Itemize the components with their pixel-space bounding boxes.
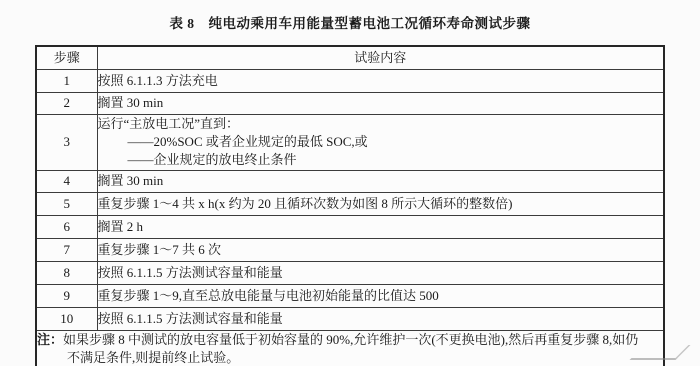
table-row: 4 搁置 30 min bbox=[36, 170, 664, 192]
table-row: 5 重复步骤 1～4 共 x h(x 约为 20 且循环次数为如图 8 所示大循… bbox=[36, 192, 664, 215]
step-number: 7 bbox=[36, 238, 97, 261]
step-content: 搁置 30 min bbox=[97, 92, 664, 114]
step-number: 5 bbox=[36, 192, 97, 215]
table-row: 10 按照 6.1.1.5 方法测试容量和能量 bbox=[36, 307, 664, 330]
step-number: 8 bbox=[36, 261, 97, 284]
content-line: 搁置 30 min bbox=[98, 94, 664, 112]
content-line: 按照 6.1.1.5 方法测试容量和能量 bbox=[98, 310, 664, 328]
note-text: 如果步骤 8 中测试的放电容量低于初始容量的 90%,允许维护一次(不更换电池)… bbox=[63, 332, 638, 347]
table-title: 表 8 纯电动乘用车用能量型蓄电池工况循环寿命测试步骤 bbox=[0, 0, 700, 32]
note-cell: 注：如果步骤 8 中测试的放电容量低于初始容量的 90%,允许维护一次(不更换电… bbox=[36, 330, 664, 366]
note-line: 不满足条件,则提前终止试验。 bbox=[37, 349, 663, 366]
step-content: 重复步骤 1～7 共 6 次 bbox=[97, 238, 664, 261]
content-line: 搁置 2 h bbox=[98, 218, 664, 236]
content-line: 按照 6.1.1.3 方法充电 bbox=[98, 72, 664, 90]
step-content: 搁置 2 h bbox=[97, 215, 664, 238]
step-content: 重复步骤 1～4 共 x h(x 约为 20 且循环次数为如图 8 所示大循环的… bbox=[97, 192, 664, 215]
note-line: 注：如果步骤 8 中测试的放电容量低于初始容量的 90%,允许维护一次(不更换电… bbox=[37, 331, 663, 349]
content-line: 重复步骤 1～4 共 x h(x 约为 20 且循环次数为如图 8 所示大循环的… bbox=[98, 195, 664, 213]
step-number: 6 bbox=[36, 215, 97, 238]
column-header-step: 步骤 bbox=[36, 46, 97, 69]
step-content: 运行“主放电工况”直到： ——20%SOC 或者企业规定的最低 SOC,或 ——… bbox=[97, 114, 664, 170]
step-number: 9 bbox=[36, 284, 97, 307]
step-number: 1 bbox=[36, 69, 97, 92]
step-number: 4 bbox=[36, 170, 97, 192]
table-row: 8 按照 6.1.1.5 方法测试容量和能量 bbox=[36, 261, 664, 284]
step-content: 按照 6.1.1.5 方法测试容量和能量 bbox=[97, 307, 664, 330]
table-row: 9 重复步骤 1～9,直至总放电能量与电池初始能量的比值达 500 bbox=[36, 284, 664, 307]
table-row: 3 运行“主放电工况”直到： ——20%SOC 或者企业规定的最低 SOC,或 … bbox=[36, 114, 664, 170]
step-content: 按照 6.1.1.3 方法充电 bbox=[97, 69, 664, 92]
note-label: 注： bbox=[37, 332, 63, 347]
table-row: 2 搁置 30 min bbox=[36, 92, 664, 114]
content-line: 搁置 30 min bbox=[98, 172, 664, 190]
step-content: 搁置 30 min bbox=[97, 170, 664, 192]
step-content: 重复步骤 1～9,直至总放电能量与电池初始能量的比值达 500 bbox=[97, 284, 664, 307]
step-content: 按照 6.1.1.5 方法测试容量和能量 bbox=[97, 261, 664, 284]
content-line: 重复步骤 1～9,直至总放电能量与电池初始能量的比值达 500 bbox=[98, 287, 664, 305]
content-line: 按照 6.1.1.5 方法测试容量和能量 bbox=[98, 264, 664, 282]
step-number: 3 bbox=[36, 114, 97, 170]
content-line: ——20%SOC 或者企业规定的最低 SOC,或 bbox=[98, 133, 664, 151]
table-note-row: 注：如果步骤 8 中测试的放电容量低于初始容量的 90%,允许维护一次(不更换电… bbox=[36, 330, 664, 366]
table-header-row: 步骤 试验内容 bbox=[36, 46, 664, 69]
content-line: 重复步骤 1～7 共 6 次 bbox=[98, 241, 664, 259]
content-line: 运行“主放电工况”直到： bbox=[98, 115, 664, 133]
document-page: { "title": "表 8 纯电动乘用车用能量型蓄电池工况循环寿命测试步骤"… bbox=[0, 0, 700, 366]
table-row: 7 重复步骤 1～7 共 6 次 bbox=[36, 238, 664, 261]
table-row: 6 搁置 2 h bbox=[36, 215, 664, 238]
step-number: 10 bbox=[36, 307, 97, 330]
content-line: ——企业规定的放电终止条件 bbox=[98, 151, 664, 169]
column-header-content: 试验内容 bbox=[97, 46, 664, 69]
step-number: 2 bbox=[36, 92, 97, 114]
table-row: 1 按照 6.1.1.3 方法充电 bbox=[36, 69, 664, 92]
test-steps-table: 步骤 试验内容 1 按照 6.1.1.3 方法充电 2 搁置 30 min 3 … bbox=[35, 45, 665, 366]
